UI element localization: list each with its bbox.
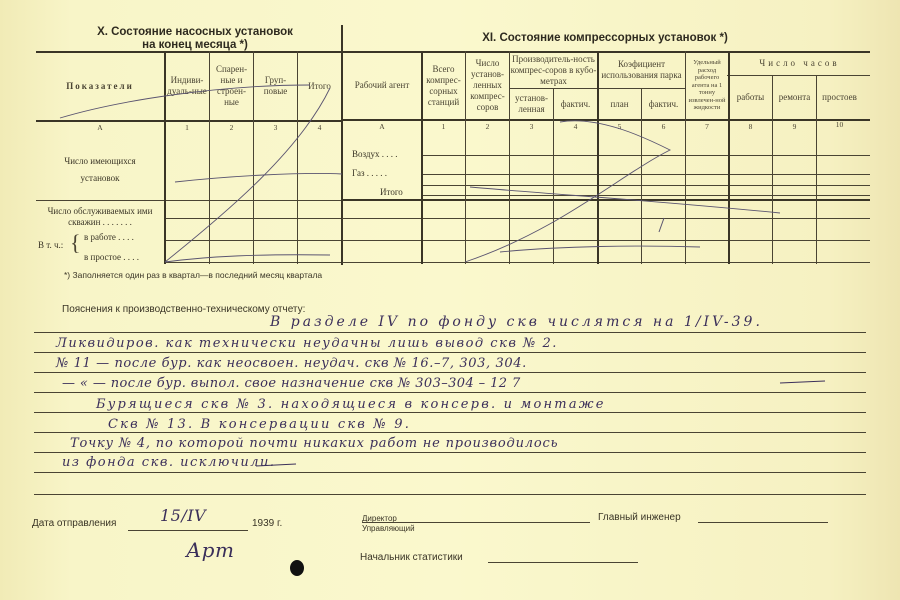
date-label: Дата отправления (32, 518, 116, 529)
section-x-title-line1: X. Состояние насосных установок (60, 26, 330, 39)
brace: { (70, 228, 81, 258)
handwritten-line: В разделе IV по фонду скв числятся на 1/… (270, 314, 763, 330)
row-label-idle: в простое . . . . (84, 252, 139, 263)
handwritten-line: Бурящиеся скв № 3. находящиеся в консерв… (96, 397, 606, 412)
col-number: 6 (642, 122, 685, 131)
grid-line (422, 174, 870, 175)
row-label-installations: Число имеющихся установок (36, 156, 164, 184)
col-number: 2 (210, 123, 253, 132)
col-header-individual: Индиви-дуаль-ные (165, 52, 209, 120)
col-header-util-actual: фактич. (642, 89, 685, 119)
col-number: 7 (686, 122, 728, 131)
handwritten-line: № 11 — после бур. как неосвоен. неудач. … (56, 356, 527, 371)
col-number: 10 (817, 120, 862, 129)
col-number: А (36, 123, 164, 132)
row-label-air: Воздух . . . . (352, 149, 397, 160)
col-header-capacity: Производитель-ность компрес-соров в кубо… (510, 52, 597, 88)
row-label-line: Число имеющихся (36, 156, 164, 167)
col-number: 8 (729, 122, 772, 131)
col-header-paired: Спарен-ные и строен-ные (210, 52, 253, 120)
row-label-total: Итого (380, 187, 403, 198)
handwritten-line: из фонда скв. исключили. (62, 455, 276, 470)
footnote: *) Заполняется один раз в квартал—в посл… (64, 270, 322, 280)
col-header-hours-idle: простоев (817, 76, 862, 119)
row-label-including: В т. ч.: (38, 240, 63, 251)
col-number: 9 (773, 122, 816, 131)
col-header-capacity-actual: фактич. (554, 89, 597, 119)
col-header-installed-compressors: Число установ-ленных компрес-соров (466, 52, 509, 119)
ruled-line (34, 332, 866, 333)
col-number: 4 (554, 122, 597, 131)
col-header-util-plan: план (598, 89, 641, 119)
ruled-line (34, 372, 866, 373)
row-label-line: Число обслуживаемых ими (36, 206, 164, 217)
manager-label: Управляющий (362, 524, 415, 533)
col-header-total: Итого (298, 52, 341, 120)
signature: Арт (186, 538, 234, 562)
date-line (128, 530, 248, 531)
ink-blot (290, 560, 304, 576)
ruled-line (34, 352, 866, 353)
chief-engineer-line (698, 522, 828, 523)
col-header-stations: Всего компрес-сорных станций (422, 52, 465, 119)
col-header-specific-consumption: Удельный расход рабочего агента на 1 тон… (686, 52, 728, 119)
handwritten-line: Скв № 13. В консервации скв № 9. (108, 417, 411, 432)
handwritten-line: Ликвидиров. как технически неудачны лишь… (56, 336, 558, 351)
col-number: 5 (598, 122, 641, 131)
col-header-agent: Рабочий агент (343, 52, 421, 119)
col-header-hours: Число часов (729, 52, 870, 75)
row-label-wells: Число обслуживаемых ими скважин . . . . … (36, 206, 164, 228)
ruled-line (34, 432, 866, 433)
col-number: 3 (510, 122, 553, 131)
director-line (362, 522, 590, 523)
col-number: 1 (165, 123, 209, 132)
col-header-utilization: Коэфициент использования парка (598, 52, 685, 88)
ruled-line (34, 412, 866, 413)
chief-engineer-label: Главный инженер (598, 512, 681, 523)
col-header-hours-work: работы (729, 76, 772, 119)
col-header-capacity-installed: установ-ленная (510, 89, 553, 119)
ruled-line (34, 494, 866, 495)
date-value: 15/IV (160, 506, 206, 525)
head-statistics-label: Начальник статистики (360, 552, 463, 563)
col-number: 1 (422, 122, 465, 131)
row-label-line: установок (36, 173, 164, 184)
report-form-page: X. Состояние насосных установок на конец… (0, 0, 900, 600)
year-label: 1939 г. (252, 518, 282, 529)
handwritten-line: Точку № 4, по которой почти никаких рабо… (70, 436, 558, 451)
ruled-line (34, 452, 866, 453)
head-statistics-line (488, 562, 638, 563)
col-number: 4 (298, 123, 341, 132)
explanations-heading: Пояснения к производственно-техническому… (62, 304, 305, 315)
ruled-line (34, 392, 866, 393)
row-label-line: скважин . . . . . . . (36, 217, 164, 228)
col-header-group: Груп-повые (254, 52, 297, 120)
ruled-line (34, 472, 866, 473)
row-label-working: в работе . . . . (84, 232, 134, 243)
col-number: А (343, 122, 421, 131)
section-x-title: X. Состояние насосных установок на конец… (60, 26, 330, 52)
row-label-gas: Газ . . . . . (352, 168, 387, 179)
grid-line (422, 155, 870, 156)
grid-line (422, 185, 870, 186)
col-number: 2 (466, 122, 509, 131)
col-number: 3 (254, 123, 297, 132)
section-xi-title: XI. Состояние компрессорных установок *) (470, 32, 740, 45)
handwritten-line: — « — после бур. выпол. свое назначение … (62, 376, 521, 391)
grid-line (422, 195, 870, 196)
col-header-hours-repair: ремонта (773, 76, 816, 119)
col-header-indicators: Показатели (36, 52, 164, 120)
